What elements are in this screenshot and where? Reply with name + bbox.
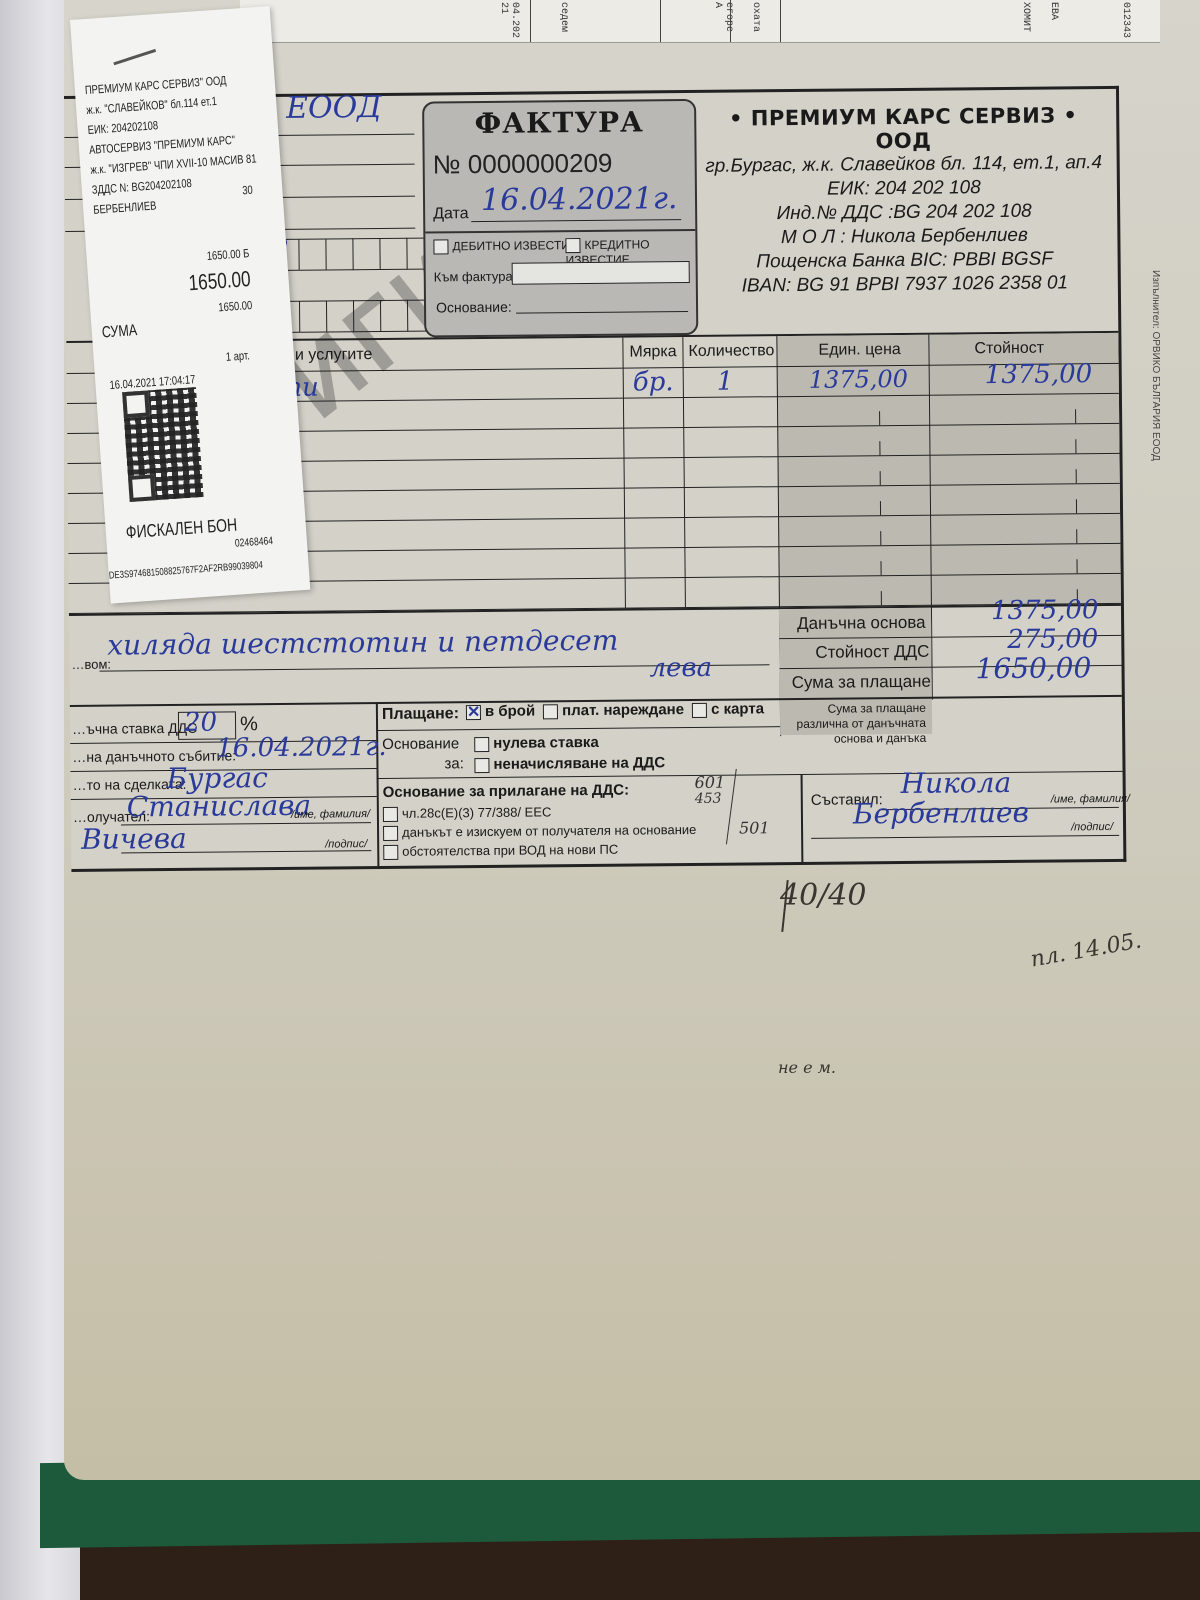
receipt-header-line: ж.к. "СЛАВЕЙКОВ" бл.114 ет.1 xyxy=(86,94,217,117)
receipt-total: 1650.00 xyxy=(188,266,252,296)
invoice-header-box: ФАКТУРА № 0000000209 Дата 16.04.2021г. Д… xyxy=(422,99,698,338)
checkbox-icon xyxy=(565,238,580,253)
vat-basis-checkbox[interactable]: обстоятелства при ВОД на нови ПС xyxy=(383,839,696,861)
receipt-header-line: ЗДДС N: BG204202108 xyxy=(91,176,192,197)
receipt-paid: 1650.00 xyxy=(218,298,253,314)
item-unit: бр. xyxy=(633,367,674,397)
invoice-title: ФАКТУРА xyxy=(424,105,694,141)
col-quantity: Количество xyxy=(688,342,774,361)
supplier-name: • ПРЕМИУМ КАРС СЕРВИЗ • ООД xyxy=(698,103,1108,155)
checkbox-icon xyxy=(383,807,398,822)
debit-note-checkbox[interactable]: ДЕБИТНО ИЗВЕСТИЕ xyxy=(433,238,578,255)
tax-base-label: Данъчна основа xyxy=(797,613,926,634)
payment-option-checkbox[interactable]: плат. нареждане xyxy=(543,701,684,719)
number-value: 0000000209 xyxy=(468,148,613,179)
receipt-sum-label: СУМА xyxy=(101,322,137,342)
receipt-header-line: ж.к. "ИЗГРЕВ" ЧПИ XVII-10 МАСИВ 81 xyxy=(90,151,257,177)
receipt-operator: 30 xyxy=(242,183,253,198)
compiled-line1: Никола xyxy=(900,766,1011,800)
recipient-line1: Станислава xyxy=(127,789,312,824)
decimal-tick xyxy=(880,531,881,545)
strip-fragment: ХОМИТ xyxy=(1020,2,1031,32)
tax-event-date: 16.04.2021г. xyxy=(216,732,387,764)
vat-basis-checkbox[interactable]: данъкът е изискуем от получателя на осно… xyxy=(383,820,696,842)
decimal-tick xyxy=(879,441,880,455)
decimal-tick xyxy=(1076,559,1077,573)
receipt-item-price: 1650.00 Б xyxy=(206,246,249,263)
checkbox-icon xyxy=(474,736,489,751)
account-note-2: 453 xyxy=(695,791,722,807)
receipt-fiscal-no: 02468464 xyxy=(235,535,274,550)
col-unit-price: Един. цена xyxy=(818,341,900,360)
checkbox-icon xyxy=(474,757,489,772)
vat-basis-options: чл.28с(Е)(3) 77/388/ ЕЕСданъкът е изиску… xyxy=(383,801,697,861)
to-invoice-field[interactable] xyxy=(512,261,690,285)
recipient-name-hint: /име, фамилия/ xyxy=(291,808,370,821)
basis-label: Основание: xyxy=(436,299,512,316)
zero-basis-label-2: за: xyxy=(444,755,464,772)
buyer-company-type: ЕООД xyxy=(286,90,382,126)
checkbox-icon xyxy=(383,845,398,860)
decimal-tick xyxy=(880,501,881,515)
receipt-articles: 1 арт. xyxy=(225,348,250,364)
strip-fragment: 012343 xyxy=(1120,2,1131,38)
decimal-tick xyxy=(880,471,881,485)
invoice-date: 16.04.2021г. xyxy=(481,181,678,218)
receipt-header-line: БЕРБЕНЛИЕВ xyxy=(93,198,157,216)
strip-fragment: 04.202 21 xyxy=(498,2,520,42)
payment-option-checkbox[interactable]: ✕в брой xyxy=(466,703,535,721)
date-label: Дата xyxy=(433,205,469,223)
fiscal-receipt: ПРЕМИУМ КАРС СЕРВИЗ" ООДж.к. "СЛАВЕЙКОВ"… xyxy=(70,6,310,604)
zero-options: нулева ставканеначисляване на ДДС xyxy=(474,731,665,775)
zero-basis-label: Основание xyxy=(382,735,459,753)
receipt-header-line: ПРЕМИУМ КАРС СЕРВИЗ" ООД xyxy=(84,73,226,97)
payable-label: Сума за плащане xyxy=(792,672,931,693)
in-words-line2: лева xyxy=(649,653,712,684)
zero-basis-checkbox[interactable]: неначисляване на ДДС xyxy=(474,752,665,775)
vat-basis-title: Основание за прилагане на ДДС: xyxy=(383,782,630,801)
basis-field[interactable] xyxy=(516,311,688,314)
item-unit-price: 1375,00 xyxy=(809,365,909,394)
checkbox-icon: ✕ xyxy=(466,705,481,720)
col-total: Стойност xyxy=(974,340,1044,359)
supplier-block: • ПРЕМИУМ КАРС СЕРВИЗ • ООД гр.Бургас, ж… xyxy=(698,103,1110,299)
item-quantity: 1 xyxy=(717,367,734,397)
decimal-tick xyxy=(881,561,882,575)
compiled-sign-hint: /подпис/ xyxy=(1071,821,1113,833)
accounting-note: 40/40 xyxy=(780,878,866,913)
compiled-line2: Бербенлиев xyxy=(853,796,1029,831)
decimal-tick xyxy=(1076,529,1077,543)
item-total: 1375,00 xyxy=(985,359,1093,390)
account-note-3: 501 xyxy=(739,818,770,837)
strip-fragment: охата xyxy=(750,2,761,32)
decimal-tick xyxy=(1075,439,1076,453)
receipt-fiscal-code: DE3S974681508825767F2AF2RB99039804 xyxy=(109,560,264,582)
checkbox-icon xyxy=(383,826,398,841)
qr-code xyxy=(122,387,203,502)
payment-option-checkbox[interactable]: с карта xyxy=(692,700,764,718)
decimal-tick xyxy=(1075,409,1076,423)
payment-label: Плащане: xyxy=(382,705,459,724)
decimal-tick xyxy=(1076,499,1077,513)
col-unit: Мярка xyxy=(629,343,676,361)
printer-imprint: Изпълнител: ОРВИКО БЪЛГАРИЯ ЕООД xyxy=(1150,270,1161,461)
strip-fragment: седем xyxy=(558,2,569,32)
payment-options: ✕в бройплат. нарежданес карта xyxy=(466,700,764,720)
tax-base-value: 1375,00 xyxy=(991,595,1099,626)
in-words-line1: хиляда шестстотин и петдесет xyxy=(107,624,618,662)
checkbox-icon xyxy=(692,702,707,717)
receipt-fiscal-label: ФИСКАЛЕН БОН xyxy=(125,515,238,544)
decimal-tick xyxy=(881,591,882,605)
number-prefix: № xyxy=(433,149,461,179)
supplier-address: гр.Бургас, ж.к. Славейков бл. 114, ет.1,… xyxy=(699,151,1109,179)
previous-document-strip: 04.202 21 седем егоре А охата ХОМИТ ЕВА … xyxy=(240,0,1160,43)
strip-fragment: ЕВА xyxy=(1048,2,1059,20)
different-amount-label: Сума за плащане различна от данъчната ос… xyxy=(786,701,926,747)
vat-amount-label: Стойност ДДС xyxy=(815,642,929,663)
compiled-name-hint: /име, фамилия/ xyxy=(1051,793,1130,806)
decimal-tick xyxy=(1076,469,1077,483)
payable-value: 1650,00 xyxy=(975,651,1091,685)
invoice-number: № 0000000209 xyxy=(433,148,613,181)
account-note-1: 601 xyxy=(695,773,726,792)
recipient-sign-hint: /подпис/ xyxy=(325,838,367,850)
decimal-tick xyxy=(879,411,880,425)
supplier-iban: IBAN: BG 91 BPBI 7937 1026 2358 01 xyxy=(700,271,1110,299)
misc-note: не е м. xyxy=(778,1058,836,1077)
vat-rate-value: 20 xyxy=(184,708,217,738)
receipt-header-line: ЕИК: 204202108 xyxy=(87,118,158,137)
zero-basis-checkbox[interactable]: нулева ставка xyxy=(474,731,665,754)
recipient-line2: Вичева xyxy=(81,822,187,856)
checkbox-icon xyxy=(433,240,448,255)
checkbox-icon xyxy=(543,704,558,719)
